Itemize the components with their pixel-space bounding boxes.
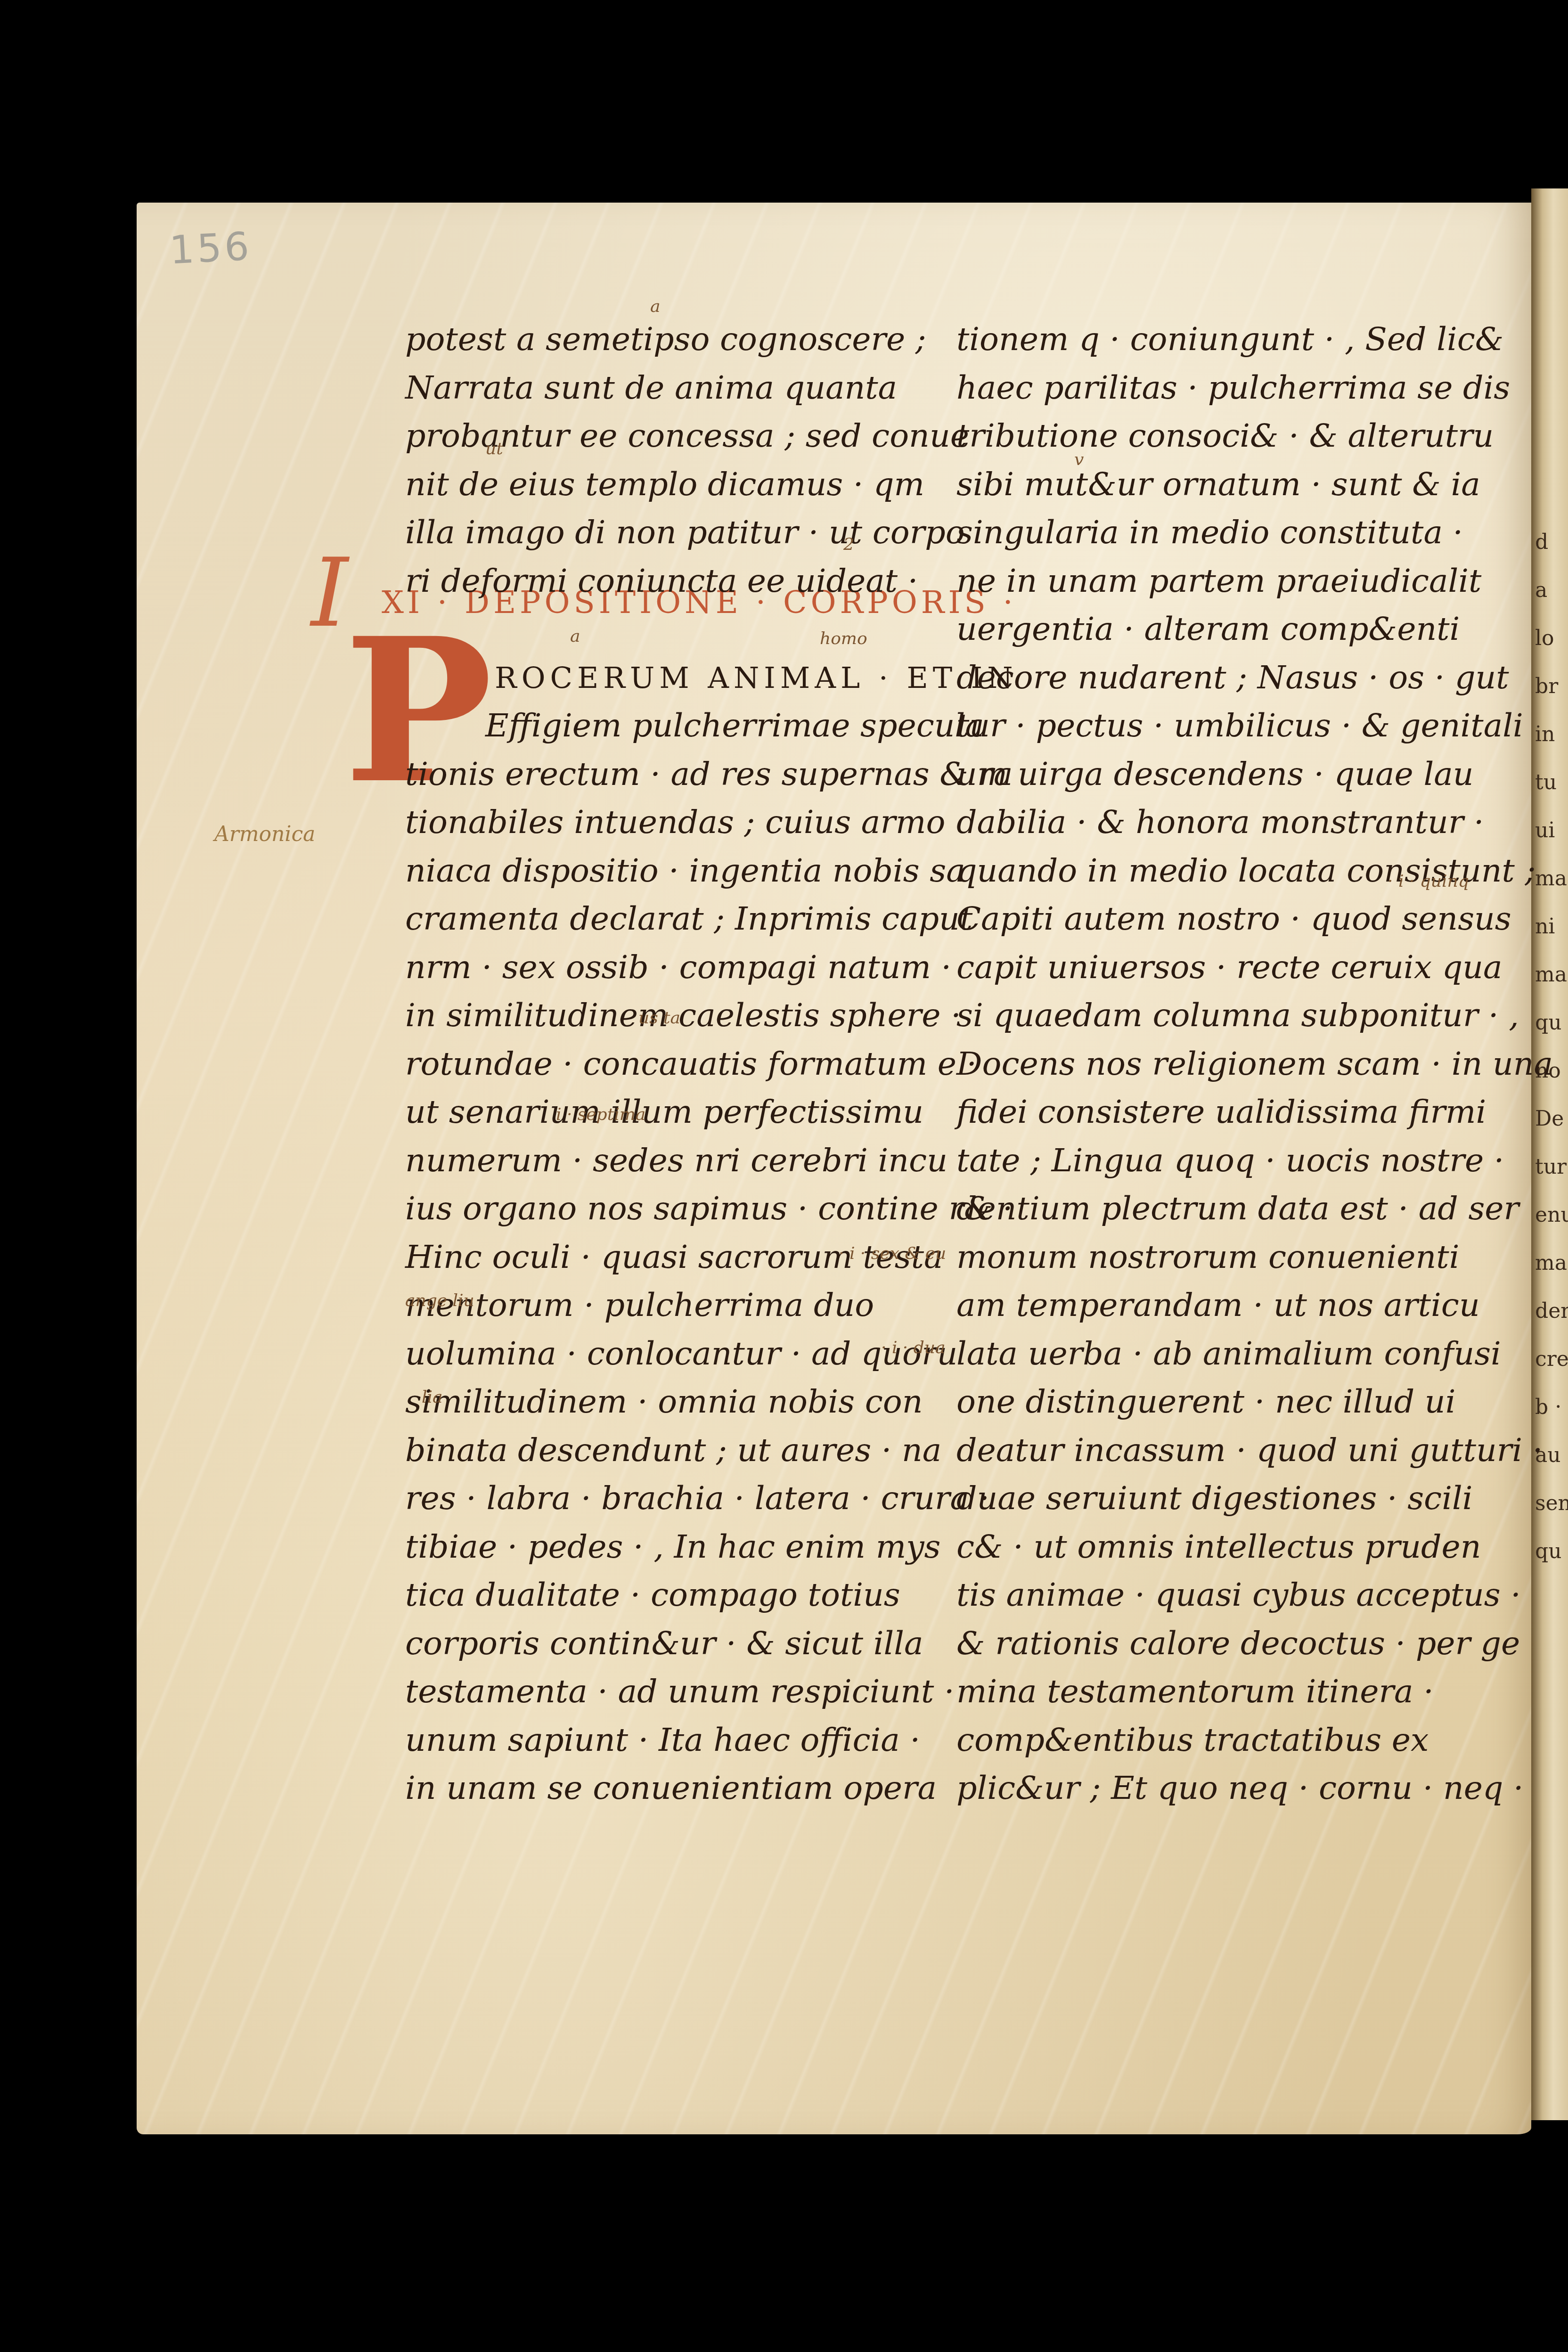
text-line: haec parilitas · pulcherrima se dis [956,364,1498,413]
facing-leaf-fragment: ma [1535,1239,1568,1287]
text-line: comp&entibus tractatibus ex [956,1716,1498,1765]
text-line: nrm · sex ossib · compagi natum · [405,944,942,992]
facing-leaf-fragment: De [1535,1095,1568,1143]
text-line: illa imago di non patitur · ut corpo [405,509,942,557]
text-line: uergentia · alteram comp&enti [956,605,1498,654]
text-line: si quaedam columna subponitur · , [956,992,1498,1040]
interlinear-gloss: us ta [638,1008,680,1028]
interlinear-gloss: a [570,627,580,646]
left-text-column: potest a semetipso cognoscere ;Narrata s… [405,316,942,1813]
text-line: fidei consistere ualidissima firmi [956,1088,1498,1137]
interlinear-gloss: ut [485,439,503,458]
text-line: plic&ur ; Et quo neq · cornu · neq · [956,1764,1498,1813]
text-line: cramenta declarat ; Inprimis caput [405,895,942,944]
folio-number: 156 [169,224,253,273]
text-line: capit uniuersos · recte ceruix qua [956,944,1498,992]
right-text-column: tionem q · coniungunt · , Sed lic&haec p… [956,316,1498,1813]
facing-leaf-fragment: d [1535,518,1568,566]
text-line: tis animae · quasi cybus acceptus · [956,1571,1498,1620]
text-line: duae seruiunt digestiones · scili [956,1475,1498,1523]
text-line: testamenta · ad unum respiciunt · [405,1668,942,1716]
marginal-gloss: Armonica [214,822,315,846]
facing-leaf-fragment: ui [1535,807,1568,855]
text-line: dabilia · & honora monstrantur · [956,799,1498,847]
text-line: nit de eius templo dicamus · qm [405,461,942,509]
text-line: unum sapiunt · Ita haec officia · [405,1716,942,1765]
text-line: monum nostrorum conuenienti [956,1233,1498,1282]
text-line: one distinguerent · nec illud ui [956,1378,1498,1427]
text-line: tributione consoci& · & alterutru [956,412,1498,461]
text-line: uolumina · conlocantur · ad quoru [405,1330,942,1379]
interlinear-gloss: · i · sex & eu [839,1244,946,1263]
facing-leaf-fragment: a [1535,566,1568,614]
text-line: ut senarium illum perfectissimu [405,1088,942,1137]
text-line: in unam se conuenientiam opera [405,1764,942,1813]
interlinear-gloss: i · septima [556,1105,645,1124]
interlinear-gloss: homo [820,629,867,648]
text-line: numerum · sedes nri cerebri incu [405,1137,942,1185]
facing-leaf-fragment: b · [1535,1383,1568,1431]
text-line: Narrata sunt de anima quanta [405,364,942,413]
text-line: am temperandam · ut nos articu [956,1282,1498,1330]
text-line: rotundae · concauatis formatum e · [405,1040,942,1089]
facing-leaf-fragment: qu [1535,1527,1568,1576]
text-line: res · labra · brachia · latera · crura · [405,1475,942,1523]
text-line: Capiti autem nostro · quod sensus [956,895,1498,944]
text-line: lata uerba · ab animalium confusi [956,1330,1498,1379]
text-line: ius organo nos sapimus · contine r& · [405,1185,942,1233]
text-line: ri deformi coniuncta ee uideat · [405,557,942,606]
text-line: um uirga descendens · quae lau [956,751,1498,799]
text-line: tionabiles intuendas ; cuius armo [405,799,942,847]
facing-leaf-fragment: tu [1535,759,1568,807]
interlinear-gloss: · i · dua [881,1338,945,1357]
text-line: singularia in medio constituta · [956,509,1498,557]
interlinear-gloss: v [1074,450,1084,469]
facing-leaf-fragment: tur [1535,1143,1568,1191]
facing-leaf-fragment: in [1535,710,1568,759]
text-line: tionis erectum · ad res supernas & ra [405,751,942,799]
facing-leaf-fragment: enu [1535,1191,1568,1239]
text-line: Docens nos religionem scam · in una [956,1040,1498,1089]
interlinear-gloss: ange liu [405,1291,474,1310]
text-line: ROCERUM ANIMAL · ET IN [405,654,942,702]
facing-leaf-fragment: ma [1535,951,1568,999]
rubric-initial: I [311,547,348,641]
text-line: & rationis calore decoctus · per ge [956,1620,1498,1668]
facing-leaf-fragment: sen [1535,1479,1568,1527]
interlinear-gloss: · i · quinq [1388,872,1469,891]
facing-leaf-fragment: br [1535,662,1568,710]
interlinear-gloss: lia [422,1388,443,1407]
text-line: ne in unam partem praeiudicalit [956,557,1498,606]
text-line: tica dualitate · compago totius [405,1571,942,1620]
text-line: mina testamentorum itinera · [956,1668,1498,1716]
facing-leaf-fragment: lo [1535,614,1568,662]
text-line: decore nudarent ; Nasus · os · gut [956,654,1498,702]
interlinear-gloss: 2 [843,535,854,554]
text-line: Effigiem pulcherrimae specula [405,702,942,751]
text-line: similitudinem · omnia nobis con [405,1378,942,1427]
facing-leaf-edge: dalobrintuuimanimaqunoDeturenumadencreb … [1531,188,1568,2120]
text-line: sibi mut&ur ornatum · sunt & ia [956,461,1498,509]
text-line: mentorum · pulcherrima duo [405,1282,942,1330]
text-line: c& · ut omnis intellectus pruden [956,1523,1498,1572]
facing-leaf-fragment: ma [1535,855,1568,903]
facing-leaf-fragment: cre [1535,1335,1568,1383]
facing-leaf-fragment: den [1535,1287,1568,1335]
text-line: binata descendunt ; ut aures · na [405,1427,942,1475]
text-line: tionem q · coniungunt · , Sed lic& [956,316,1498,364]
facing-leaf-fragment: qu [1535,999,1568,1047]
text-line: tate ; Lingua quoq · uocis nostre · [956,1137,1498,1185]
text-line: deatur incassum · quod uni gutturi · [956,1427,1498,1475]
text-line: tibiae · pedes · , In hac enim mys [405,1523,942,1572]
text-line: tur · pectus · umbilicus · & genitali [956,702,1498,751]
text-line: dentium plectrum data est · ad ser [956,1185,1498,1233]
facing-leaf-fragment: ni [1535,903,1568,951]
interlinear-gloss: a [650,297,660,316]
text-line: potest a semetipso cognoscere ; [405,316,942,364]
text-line: corporis contin&ur · & sicut illa [405,1620,942,1668]
text-line: niaca dispositio · ingentia nobis sa [405,847,942,896]
